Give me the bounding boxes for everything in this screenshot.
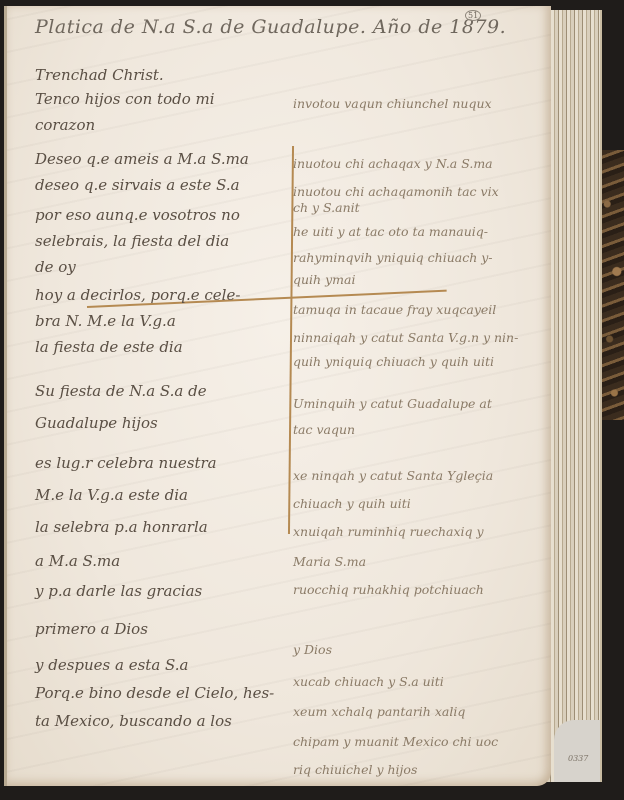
manuscript-line: invotou vaqun chiunchel nuqux xyxy=(293,96,492,111)
manuscript-line: hoy a decirlos, porq.e cele- xyxy=(35,286,240,304)
manuscript-line: Tenco hijos con todo mi xyxy=(35,90,215,108)
manuscript-line: quih yniquiq chiuach y quih uiti xyxy=(293,354,494,369)
manuscript-line: tamuqa in tacaue fray xuqcayeil xyxy=(293,302,496,317)
manuscript-line: tac vaqun xyxy=(293,422,355,437)
manuscript-line: Uminquih y catut Guadalupe at xyxy=(293,396,492,411)
manuscript-line: Deseo q.e ameis a M.a S.ma xyxy=(35,150,249,168)
page-corner: 0337 xyxy=(554,720,600,782)
manuscript-line: bra N. M.e la V.g.a xyxy=(35,312,176,330)
manuscript-line: riq chiuichel y hijos xyxy=(293,762,417,777)
marbled-cover-edge xyxy=(600,150,624,420)
manuscript-line: chiuach y quih uiti xyxy=(293,496,411,511)
manuscript-line: ninnaiqah y catut Santa V.g.n y nin- xyxy=(293,330,518,345)
manuscript-line: primero a Dios xyxy=(35,620,148,638)
manuscript-line: corazon xyxy=(35,116,95,134)
manuscript-line: la fiesta de este dia xyxy=(35,338,183,356)
manuscript-line: chipam y muanit Mexico chi uoc xyxy=(293,734,498,749)
manuscript-line: ch y S.anit xyxy=(293,200,360,215)
manuscript-line: por eso aunq.e vosotros no xyxy=(35,206,240,224)
manuscript-line: a M.a S.ma xyxy=(35,552,120,570)
manuscript-line: selebrais, la fiesta del dia xyxy=(35,232,229,250)
manuscript-line: he uiti y at tac oto ta manauiq- xyxy=(293,224,488,239)
manuscript-line: deseo q.e sirvais a este S.a xyxy=(35,176,240,194)
manuscript-line: quih ymai xyxy=(293,272,355,287)
manuscript-line: M.e la V.g.a este dia xyxy=(35,486,188,504)
corner-mark: 0337 xyxy=(568,754,588,763)
manuscript-line: de oy xyxy=(35,258,76,276)
page-edges-stack: 0337 xyxy=(543,10,602,782)
manuscript-line: Maria S.ma xyxy=(293,554,366,569)
manuscript-line: xe ninqah y catut Santa Ygleçia xyxy=(293,468,493,483)
manuscript-line: inuotou chi achaqax y N.a S.ma xyxy=(293,156,493,171)
manuscript-line: rahyminqvih yniquiq chiuach y- xyxy=(293,250,493,265)
manuscript-line: la selebra p.a honrarla xyxy=(35,518,208,536)
manuscript-line: Trenchad Christ. xyxy=(35,66,164,84)
manuscript-line: ta Mexico, buscando a los xyxy=(35,712,232,730)
manuscript-line: xeum xchalq pantarih xaliq xyxy=(293,704,465,719)
manuscript-line: Guadalupe hijos xyxy=(35,414,158,432)
manuscript-line: y despues a esta S.a xyxy=(35,656,189,674)
manuscript-line: Porq.e bino desde el Cielo, hes- xyxy=(35,684,274,702)
manuscript-line: xucab chiuach y S.a uiti xyxy=(293,674,444,689)
manuscript-line: es lug.r celebra nuestra xyxy=(35,454,217,472)
manuscript-page: Platica de N.a S.a de Guadalupe. Año de … xyxy=(4,6,551,786)
manuscript-line: inuotou chi achaqamonih tac vix xyxy=(293,184,499,199)
manuscript-line: y p.a darle las gracias xyxy=(35,582,202,600)
manuscript-line: y Dios xyxy=(293,642,332,657)
manuscript-line: Su fiesta de N.a S.a de xyxy=(35,382,207,400)
manuscript-line: ruocchiq ruhakhiq potchiuach xyxy=(293,582,484,597)
manuscript-line: xnuiqah ruminhiq ruechaxiq y xyxy=(293,524,484,539)
